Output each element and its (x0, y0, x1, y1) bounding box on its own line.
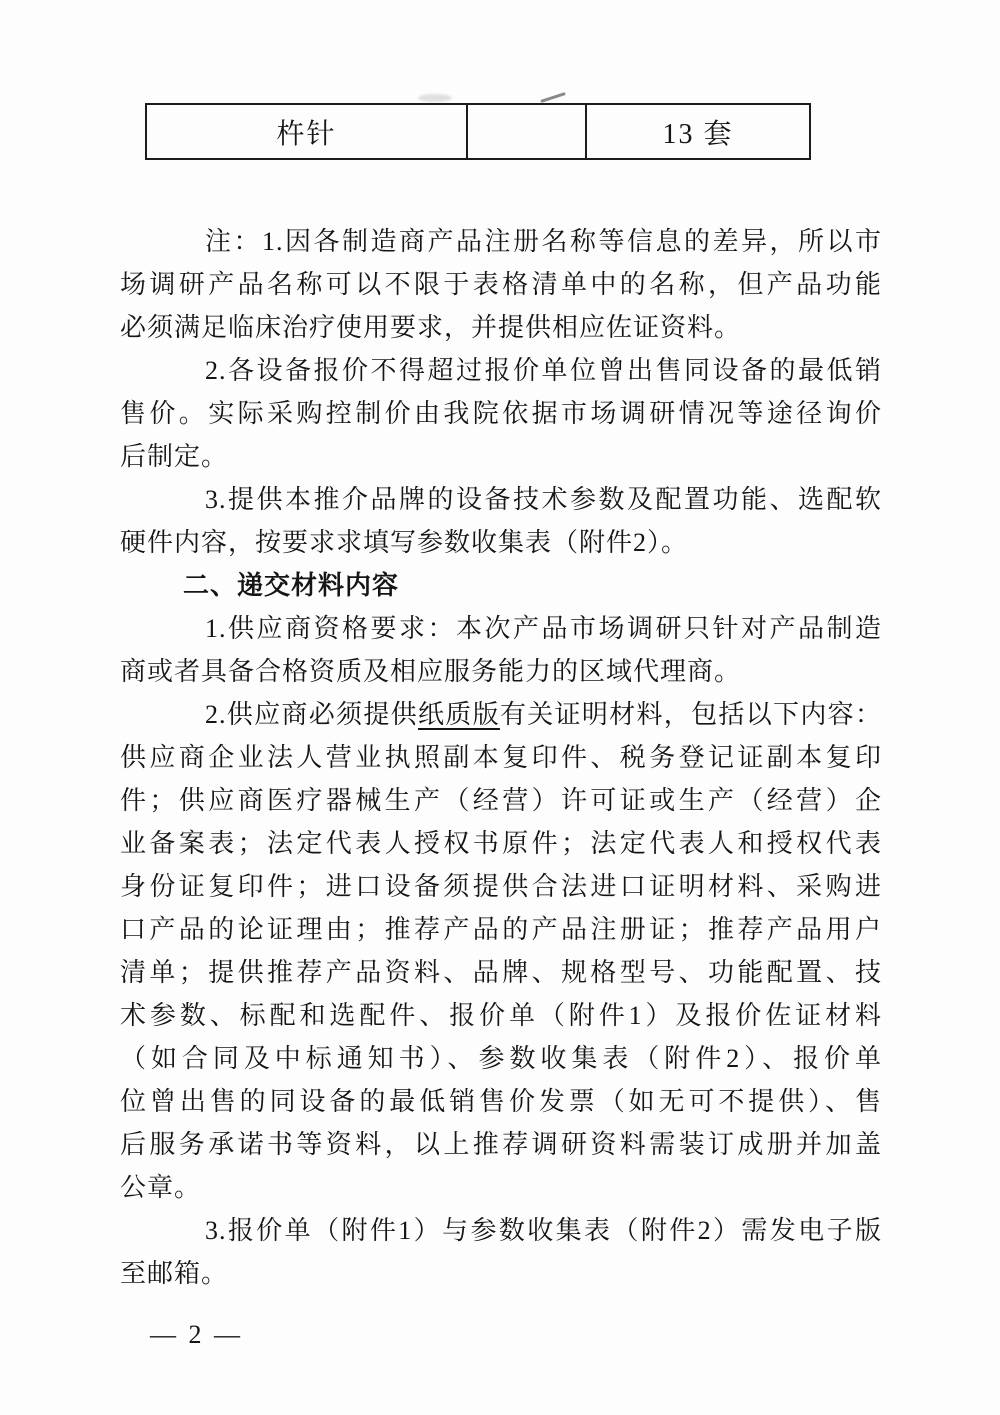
text-segment: 二、递交材料内容 (183, 571, 399, 600)
text-segment: （如合同及中标通知书）、参数收集表（附件2）、报价单 (120, 1044, 882, 1073)
text-segment: 必须满足临床治疗使用要求，并提供相应佐证资料。 (120, 313, 741, 342)
text-segment: 售价。实际采购控制价由我院依据市场调研情况等途径询价 (120, 399, 882, 428)
text-line: 场调研产品名称可以不限于表格清单中的名称，但产品功能 (120, 263, 882, 306)
underlined-text: 纸质版 (418, 700, 500, 729)
text-line: 位曾出售的同设备的最低销售价发票（如无可不提供）、售 (120, 1080, 882, 1123)
empty-cell (467, 104, 586, 159)
text-segment: 2.供应商必须提供 (205, 700, 418, 729)
text-segment: 业备案表；法定代表人授权书原件；法定代表人和授权代表 (120, 829, 882, 858)
text-segment: 术参数、标配和选配件、报价单（附件1）及报价佐证材料 (120, 1001, 882, 1030)
text-line: 口产品的论证理由；推荐产品的产品注册证；推荐产品用户 (120, 908, 882, 951)
text-line: 硬件内容，按要求求填写参数收集表（附件2）。 (120, 521, 882, 564)
text-segment: 后制定。 (120, 442, 228, 471)
equipment-table: 杵针 13 套 (145, 103, 811, 160)
text-line: 身份证复印件；进口设备须提供合法进口证明材料、采购进 (120, 865, 882, 908)
text-segment: 供应商企业法人营业执照副本复印件、税务登记证副本复印 (120, 743, 882, 772)
text-segment: 场调研产品名称可以不限于表格清单中的名称，但产品功能 (120, 270, 882, 299)
text-line: 1.供应商资格要求：本次产品市场调研只针对产品制造 (120, 607, 882, 650)
item-name-cell: 杵针 (146, 104, 467, 159)
text-line: 2.各设备报价不得超过报价单位曾出售同设备的最低销 (120, 349, 882, 392)
document-body: 注：1.因各制造商产品注册名称等信息的差异，所以市场调研产品名称可以不限于表格清… (120, 220, 882, 1295)
text-line: 必须满足临床治疗使用要求，并提供相应佐证资料。 (120, 306, 882, 349)
text-segment: 商或者具备合格资质及相应服务能力的区域代理商。 (120, 657, 741, 686)
text-line: 3.报价单（附件1）与参数收集表（附件2）需发电子版 (120, 1209, 882, 1252)
text-line: 后制定。 (120, 435, 882, 478)
text-line: 商或者具备合格资质及相应服务能力的区域代理商。 (120, 650, 882, 693)
section-heading: 二、递交材料内容 (120, 564, 882, 607)
text-line: 件；供应商医疗器械生产（经营）许可证或生产（经营）企 (120, 779, 882, 822)
text-line: 注：1.因各制造商产品注册名称等信息的差异，所以市 (120, 220, 882, 263)
text-segment: 注：1.因各制造商产品注册名称等信息的差异，所以市 (205, 227, 882, 256)
text-segment: 有关证明材料，包括以下内容： (500, 700, 882, 729)
text-segment: 位曾出售的同设备的最低销售价发票（如无可不提供）、售 (120, 1087, 882, 1116)
text-segment: 至邮箱。 (120, 1259, 228, 1288)
text-line: 清单；提供推荐产品资料、品牌、规格型号、功能配置、技 (120, 951, 882, 994)
text-line: （如合同及中标通知书）、参数收集表（附件2）、报价单 (120, 1037, 882, 1080)
text-line: 至邮箱。 (120, 1252, 882, 1295)
text-segment: 身份证复印件；进口设备须提供合法进口证明材料、采购进 (120, 872, 882, 901)
text-line: 术参数、标配和选配件、报价单（附件1）及报价佐证材料 (120, 994, 882, 1037)
text-segment: 2.各设备报价不得超过报价单位曾出售同设备的最低销 (205, 356, 882, 385)
table-row: 杵针 13 套 (146, 104, 810, 159)
text-segment: 3.报价单（附件1）与参数收集表（附件2）需发电子版 (205, 1216, 882, 1245)
document-page: 杵针 13 套 注：1.因各制造商产品注册名称等信息的差异，所以市场调研产品名称… (0, 0, 1000, 1415)
quantity-cell: 13 套 (586, 104, 810, 159)
text-segment: 1.供应商资格要求：本次产品市场调研只针对产品制造 (205, 614, 882, 643)
text-line: 3.提供本推介品牌的设备技术参数及配置功能、选配软 (120, 478, 882, 521)
text-line: 后服务承诺书等资料，以上推荐调研资料需装订成册并加盖 (120, 1123, 882, 1166)
text-segment: 口产品的论证理由；推荐产品的产品注册证；推荐产品用户 (120, 915, 882, 944)
text-segment: 3.提供本推介品牌的设备技术参数及配置功能、选配软 (205, 485, 882, 514)
text-segment: 后服务承诺书等资料，以上推荐调研资料需装订成册并加盖 (120, 1130, 882, 1159)
text-segment: 硬件内容，按要求求填写参数收集表（附件2）。 (120, 528, 688, 557)
page-number: — 2 — (150, 1320, 243, 1350)
text-segment: 公章。 (120, 1173, 201, 1202)
text-line: 售价。实际采购控制价由我院依据市场调研情况等途径询价 (120, 392, 882, 435)
text-segment: 件；供应商医疗器械生产（经营）许可证或生产（经营）企 (120, 786, 882, 815)
text-line: 公章。 (120, 1166, 882, 1209)
scan-smudge-artifact (418, 94, 452, 102)
scan-tick-artifact (540, 92, 566, 103)
text-line: 供应商企业法人营业执照副本复印件、税务登记证副本复印 (120, 736, 882, 779)
text-line: 业备案表；法定代表人授权书原件；法定代表人和授权代表 (120, 822, 882, 865)
text-line: 2.供应商必须提供纸质版有关证明材料，包括以下内容： (120, 693, 882, 736)
text-segment: 清单；提供推荐产品资料、品牌、规格型号、功能配置、技 (120, 958, 882, 987)
